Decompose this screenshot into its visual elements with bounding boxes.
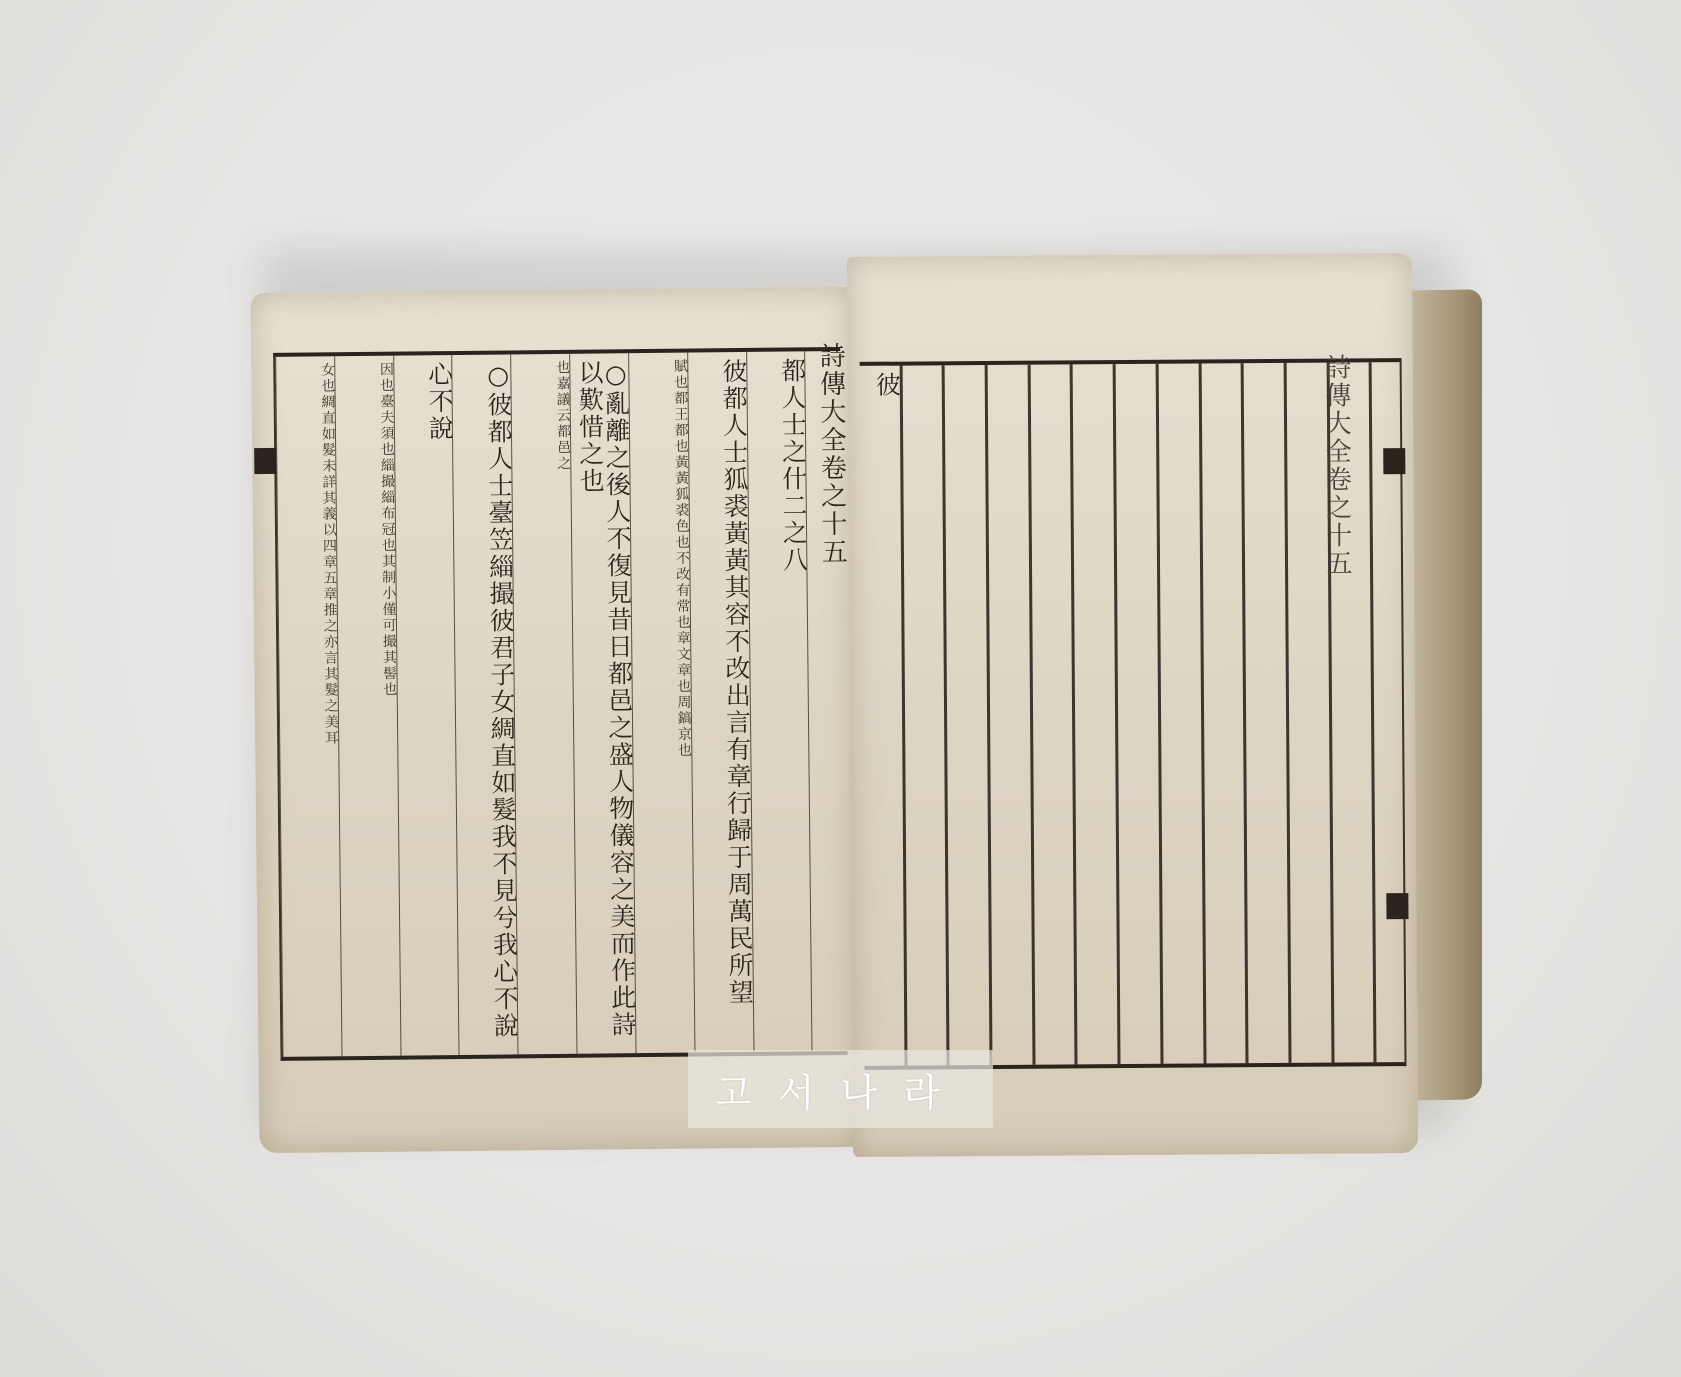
left-page: 都人士之什二之八 彼都人士狐裘黃黃其容不改出言有章行歸于周萬民所望 賦也都王都也… [251, 287, 860, 1153]
heading-column: 都人士之什二之八 [746, 351, 812, 1052]
text-column: ○亂離之後人不復見昔日都邑之盛人物儀容之美而作此詩以歎惜之也 [569, 353, 635, 1054]
text-column: 心不說 [393, 355, 459, 1056]
empty-column [1027, 364, 1075, 1064]
right-banxin-title: 詩傳大全卷之十五 [1318, 353, 1357, 577]
empty-column [1198, 363, 1246, 1063]
watermark: 고서나라 [688, 1050, 993, 1128]
text-column: 彼都人士狐裘黃黃其容不改出言有章行歸于周萬民所望 [687, 352, 753, 1053]
right-page: 彼 詩傳大全卷之十五 [847, 253, 1418, 1157]
commentary-column: 女也綢直如髮未詳其義以四章五章推之亦言其髮之美耳 [275, 356, 341, 1057]
empty-column [899, 365, 947, 1065]
text-column: ○彼都人士臺笠緇撮彼君子女綢直如髮我不見兮我心不說 [452, 354, 518, 1055]
fold-mark-icon [254, 448, 276, 474]
empty-column [1241, 363, 1289, 1063]
empty-column [1113, 364, 1161, 1064]
empty-column [942, 365, 990, 1065]
commentary-column: 因也臺夫須也緇撮緇布冠也其制小僅可撮其髻也 [334, 356, 400, 1057]
commentary-column: 也嘉議云都邑之 [510, 354, 576, 1055]
left-banxin-title: 詩傳大全卷之十五 [812, 342, 851, 566]
fold-mark-icon [1383, 448, 1405, 474]
empty-column [985, 365, 1033, 1065]
fold-mark-icon [1386, 893, 1408, 919]
empty-column [1155, 364, 1203, 1064]
right-first-column: 彼 [860, 366, 905, 1066]
empty-column [1070, 364, 1118, 1064]
commentary-column: 賦也都王都也黃黃狐裘色也不改有常也章文章也周鎬京也 [628, 353, 694, 1054]
left-print-frame: 都人士之什二之八 彼都人士狐裘黃黃其容不改出言有章行歸于周萬民所望 賦也都王都也… [273, 347, 847, 1061]
